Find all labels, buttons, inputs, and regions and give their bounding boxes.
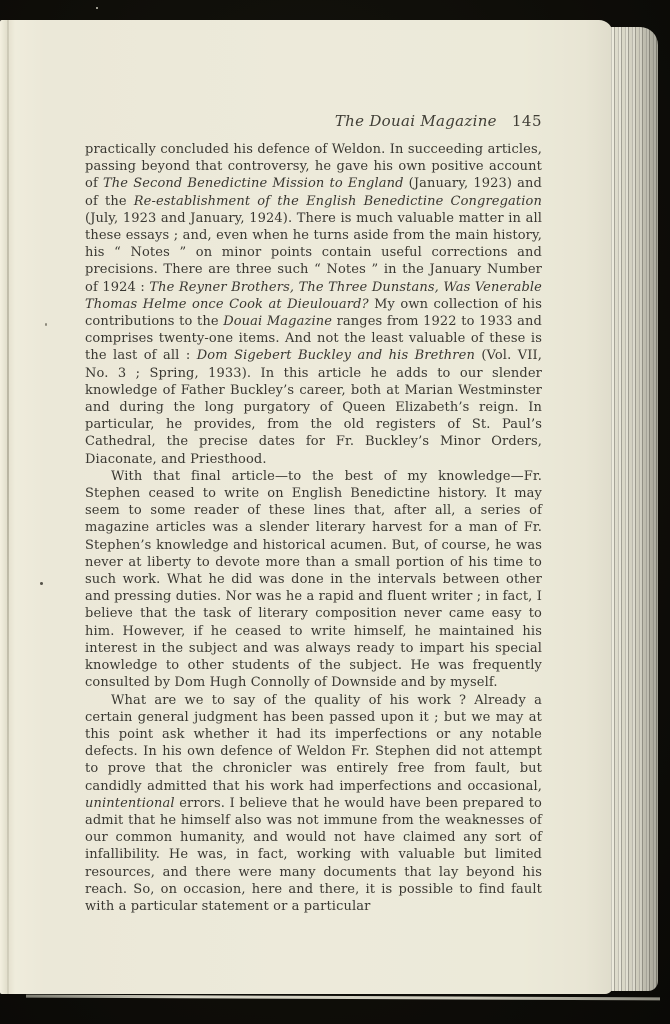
italic-text-run: The Second Benedictine Mission to Englan… (103, 176, 404, 191)
page-number: 145 (512, 112, 542, 130)
paragraph: With that final article—to the best of m… (85, 468, 542, 692)
italic-text-run: Re-establishment of the English Benedict… (134, 194, 542, 209)
paper-speck (45, 323, 47, 326)
italic-text-run: unintentional (85, 796, 175, 811)
text-run: errors. I believe that he would have bee… (85, 796, 542, 914)
page-edges-bottom (26, 995, 660, 1001)
paper-speck (40, 582, 43, 585)
paragraph: What are we to say of the quality of his… (85, 692, 542, 916)
italic-text-run: Douai Magazine (223, 314, 332, 329)
text-run: (Vol. VII, No. 3 ; Spring, 1933). In thi… (85, 348, 542, 466)
page-edges-right (611, 27, 658, 991)
running-head: The Douai Magazine145 (85, 112, 542, 130)
text-block: practically concluded his defence of Wel… (85, 141, 542, 915)
paragraph: practically concluded his defence of Wel… (85, 141, 542, 468)
scanned-book-photo: The Douai Magazine145 practically conclu… (0, 0, 670, 1024)
dust-speck (96, 7, 98, 9)
page-spine-fold (7, 20, 9, 994)
book-page: The Douai Magazine145 practically conclu… (0, 20, 613, 994)
journal-title: The Douai Magazine (335, 112, 497, 130)
text-run: What are we to say of the quality of his… (85, 693, 542, 794)
italic-text-run: Dom Sigebert Buckley and his Brethren (197, 348, 475, 363)
text-run: With that final article—to the best of m… (85, 469, 542, 690)
